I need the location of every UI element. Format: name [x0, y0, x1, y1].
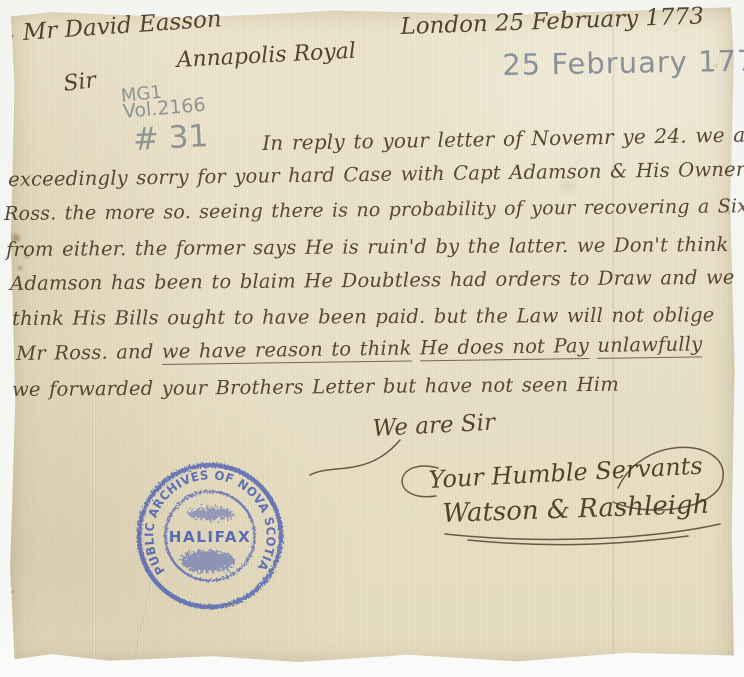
signature-underline [468, 536, 688, 545]
scanned-letter: Mr David Easson Annapolis Royal Sir Lond… [0, 0, 744, 677]
stamp-ink-smudge-top [188, 508, 235, 520]
underlined-phrase: unlawfully [597, 332, 702, 358]
valediction-flourish [402, 466, 438, 497]
stamp-center-text: HALIFAX [169, 528, 252, 546]
signature-loop-flourish [613, 447, 723, 510]
closing-flourish [310, 440, 400, 475]
body-line-7-part: Mr Ross. and [16, 340, 162, 365]
body-line-7-part [412, 336, 421, 359]
signature-flourish [288, 418, 738, 558]
pencil-date-annotation: 25 February 1773 [502, 43, 744, 82]
salutation: Sir [62, 68, 98, 98]
underlined-phrase: we have reason to think [162, 336, 412, 364]
archive-ref-number: # 31 [132, 118, 209, 158]
underlined-phrase: He does not Pay [420, 334, 589, 361]
archive-stamp: PUBLIC ARCHIVES OF NOVA SCOTIA HALIFAX [134, 460, 286, 612]
stamp-ink-smudge-bottom [181, 550, 236, 572]
body-line-6: think His Bills ought to have been paid.… [12, 303, 715, 330]
